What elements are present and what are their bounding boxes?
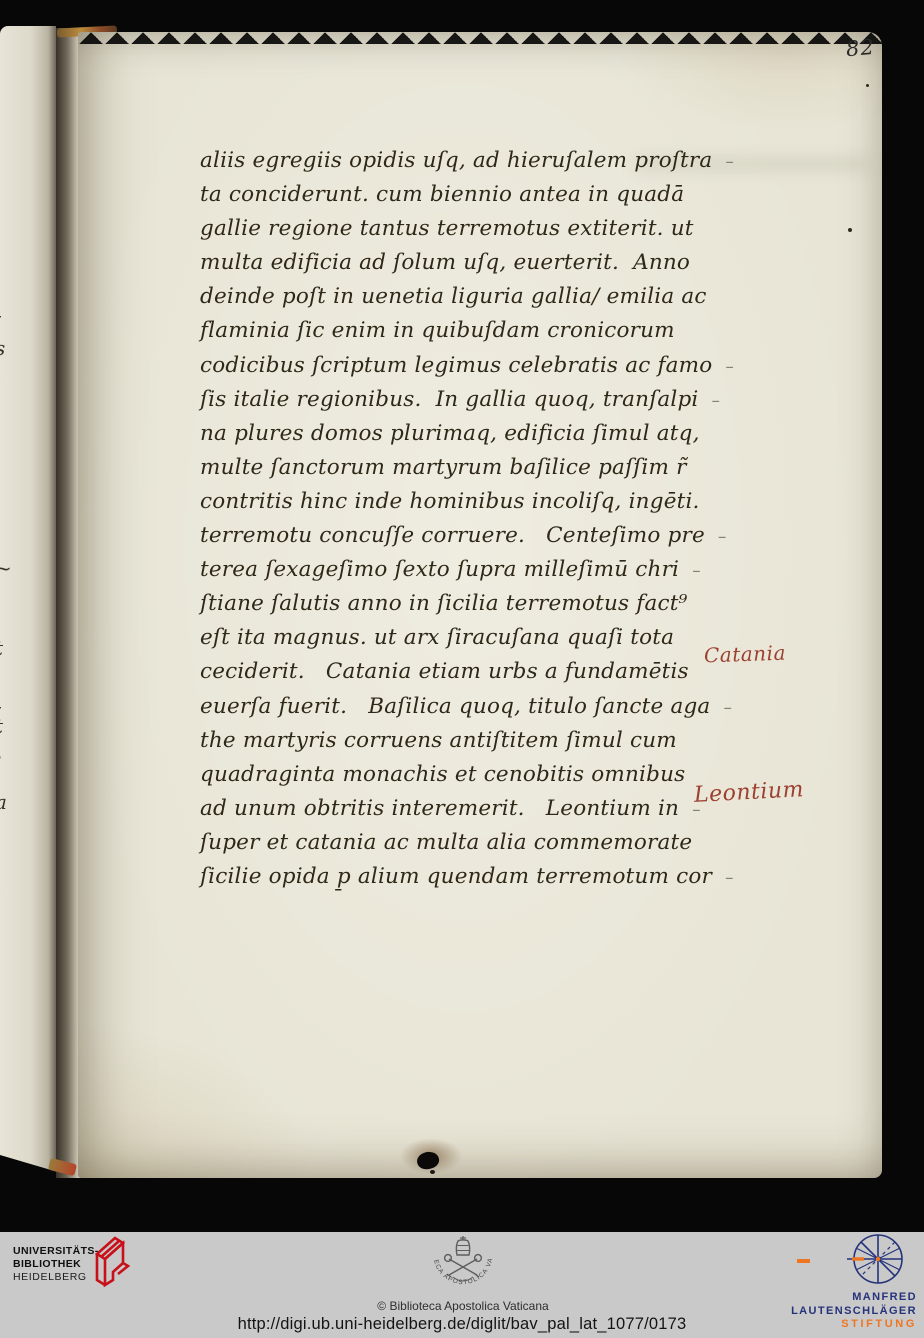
line-text: quadraginta monachis et cenobitis omnibu… [200, 762, 685, 787]
manuscript-line: multe ſanctorum martyrum baſilice paſſim… [200, 451, 740, 485]
line-text: contritis hinc inde hominibus incoliſq, … [200, 489, 700, 514]
vatican-library-emblem-icon: BIBLIOTECA APOSTOLICA VATICANA [429, 1233, 497, 1299]
line-text: terremotu concuſſe corruere. Centeſimo p… [200, 523, 705, 548]
pencil-dash: – [725, 357, 734, 377]
edge-letter-fragment: ' [0, 418, 1, 442]
manuscript-line: ta conciderunt. cum biennio antea in qua… [200, 178, 740, 212]
pencil-dash: – [712, 391, 721, 411]
margin-note-leontium: Leontium [693, 777, 804, 808]
manuscript-line: codicibus ſcriptum legimus celebratis ac… [200, 349, 740, 383]
ub-heidelberg-logo: UNIVERSITÄTS- BIBLIOTHEK HEIDELBERG [13, 1245, 99, 1284]
manuscript-line: ad unum obtritis interemerit. Leontium i… [200, 792, 740, 826]
ub-logo-line2: BIBLIOTHEK [13, 1258, 99, 1271]
footer-bar: UNIVERSITÄTS- BIBLIOTHEK HEIDELBERG [0, 1232, 924, 1338]
edge-letter-fragment: a [0, 790, 7, 814]
svg-text:BIBLIOTECA APOSTOLICA VATICANA: BIBLIOTECA APOSTOLICA VATICANA [429, 1233, 494, 1286]
manuscript-line: aliis egregiis opidis uſq, ad hieruſalem… [200, 144, 740, 178]
globe-compass-icon [843, 1232, 907, 1292]
pencil-dash: – [692, 561, 701, 581]
mls-line3: STIFTUNG [791, 1318, 917, 1332]
scan-source-url: http://digi.ub.uni-heidelberg.de/diglit/… [162, 1315, 762, 1334]
manuscript-line: gallie regione tantus terremotus extiter… [200, 212, 740, 246]
line-text: deinde poſt in uenetia liguria gallia/ e… [200, 284, 707, 309]
line-text: the martyris corruens antiſtitem ſimul c… [200, 728, 677, 753]
line-text: ſuper et catania ac multa alia commemora… [200, 830, 692, 855]
line-text: na plures domos plurimaq, edificia ſimul… [200, 421, 700, 446]
vatican-ring-text: BIBLIOTECA APOSTOLICA VATICANA [429, 1233, 494, 1286]
gutter-shadow [56, 28, 80, 1178]
line-text: flaminia ſic enim in quibuſdam cronicoru… [200, 318, 675, 343]
manuscript-line: deinde poſt in uenetia liguria gallia/ e… [200, 280, 740, 314]
facing-page-edge: - s ' ' ~ t - t l a [0, 26, 56, 1184]
pencil-dash: – [718, 527, 727, 547]
line-text: ſis italie regionibus. In gallia quoq, t… [200, 387, 699, 412]
vatican-copyright: © Biblioteca Apostolica Vaticana [313, 1299, 613, 1313]
ink-blot-tail [430, 1170, 435, 1174]
manuscript-line: na plures domos plurimaq, edificia ſimul… [200, 417, 740, 451]
manuscript-page: 82 aliis egregiis opidis uſq, ad hieruſa… [78, 32, 882, 1178]
manuscript-line: terea ſexageſimo ſexto ſupra milleſimū c… [200, 553, 740, 587]
line-text: eſt ita magnus. ut arx ſiracuſana quaſi … [200, 625, 674, 650]
ink-speck [848, 228, 852, 232]
pencil-dash: – [725, 868, 734, 888]
ub-logo-line1: UNIVERSITÄTS- [13, 1245, 99, 1258]
line-text: ſtiane ſalutis anno in ſicilia terremotu… [200, 591, 687, 616]
line-text: euerſa fuerit. Baſilica quoq, titulo ſan… [200, 694, 710, 719]
ink-speck [866, 84, 869, 87]
edge-letter-fragment: - [0, 303, 2, 327]
mls-line2: LAUTENSCHLÄGER [791, 1305, 917, 1319]
manuscript-line: ceciderit. Catania etiam urbs a fundamēt… [200, 655, 740, 689]
line-text: ſicilie opida p̱ alium quendam terremotu… [200, 864, 712, 889]
folio-number: 82 [845, 35, 876, 61]
digitized-manuscript-scan: { "page": { "folio_number": "82", "lines… [0, 0, 924, 1338]
manuscript-line: the martyris corruens antiſtitem ſimul c… [200, 724, 740, 758]
line-text: multa edificia ad ſolum uſq, euerterit. … [200, 250, 690, 275]
manuscript-line: ſis italie regionibus. In gallia quoq, t… [200, 383, 740, 417]
mls-line1: MANFRED [791, 1291, 917, 1305]
line-text: aliis egregiis opidis uſq, ad hieruſalem… [200, 148, 712, 173]
pencil-dash: – [723, 698, 732, 718]
manuscript-line: flaminia ſic enim in quibuſdam cronicoru… [200, 314, 740, 348]
manuscript-line: euerſa fuerit. Baſilica quoq, titulo ſan… [200, 690, 740, 724]
edge-letter-fragment: t [0, 714, 3, 738]
line-text: ceciderit. Catania etiam urbs a fundamēt… [200, 659, 689, 684]
manuscript-line: quadraginta monachis et cenobitis omnibu… [200, 758, 740, 792]
line-text: ta conciderunt. cum biennio antea in qua… [200, 182, 684, 207]
edge-letter-fragment: s [0, 336, 5, 360]
line-text: terea ſexageſimo ſexto ſupra milleſimū c… [200, 557, 679, 582]
edge-letter-fragment: t [0, 636, 3, 660]
ub-logo-line3: HEIDELBERG [13, 1271, 99, 1284]
edge-letter-fragment: ~ [0, 556, 12, 580]
edge-letter-fragment: ' [0, 468, 1, 492]
manuscript-line: contritis hinc inde hominibus incoliſq, … [200, 485, 740, 519]
manuscript-text-block: aliis egregiis opidis uſq, ad hieruſalem… [200, 144, 740, 894]
pencil-dash: – [725, 152, 734, 172]
edge-letter-fragment: l [0, 752, 1, 776]
manuscript-line: ſicilie opida p̱ alium quendam terremotu… [200, 860, 740, 894]
line-text: multe ſanctorum martyrum baſilice paſſim… [200, 455, 687, 480]
manuscript-line: ſtiane ſalutis anno in ſicilia terremotu… [200, 587, 740, 621]
manuscript-line: terremotu concuſſe corruere. Centeſimo p… [200, 519, 740, 553]
mls-foundation-logo: MANFRED LAUTENSCHLÄGER STIFTUNG [791, 1291, 917, 1332]
manuscript-line: multa edificia ad ſolum uſq, euerterit. … [200, 246, 740, 280]
margin-note-catania: Catania [704, 641, 787, 668]
deckle-edge [78, 32, 882, 44]
open-book-icon [90, 1233, 134, 1291]
line-text: ad unum obtritis interemerit. Leontium i… [200, 796, 679, 821]
orange-dash [797, 1259, 810, 1263]
manuscript-line: ſuper et catania ac multa alia commemora… [200, 826, 740, 860]
line-text: codicibus ſcriptum legimus celebratis ac… [200, 353, 712, 378]
line-text: gallie regione tantus terremotus extiter… [200, 216, 694, 241]
manuscript-line: eſt ita magnus. ut arx ſiracuſana quaſi … [200, 621, 740, 655]
